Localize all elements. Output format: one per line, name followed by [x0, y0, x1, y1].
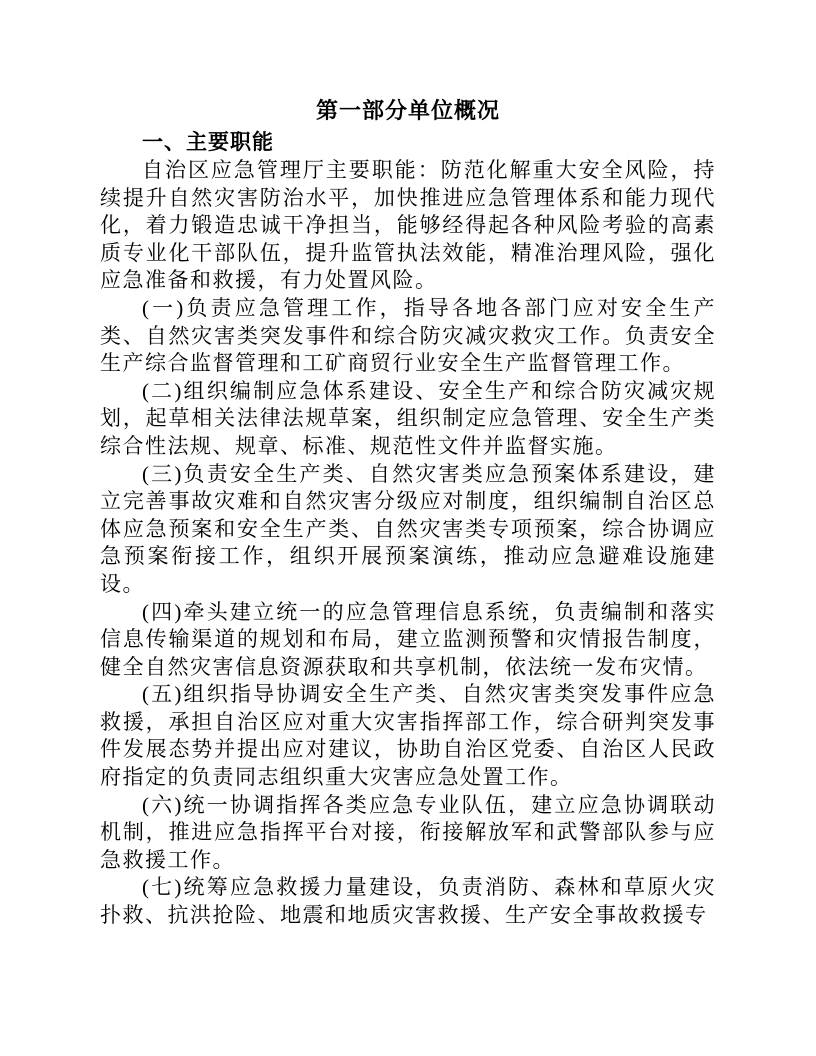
paragraph: (三)负责安全生产类、自然灾害类应急预案体系建设，建立完善事故灾难和自然灾害分级… — [100, 461, 716, 599]
paragraph: (五)组织指导协调安全生产类、自然灾害类突发事件应急救援，承担自治区应对重大灾害… — [100, 681, 716, 791]
paragraph: (七)统筹应急救援力量建设，负责消防、森林和草原火灾扑救、抗洪抢险、地震和地质灾… — [100, 874, 716, 929]
paragraph: 自治区应急管理厅主要职能：防范化解重大安全风险，持续提升自然灾害防治水平，加快推… — [100, 157, 716, 295]
section-heading: 一、主要职能 — [100, 129, 716, 157]
paragraph: (四)牵头建立统一的应急管理信息系统，负责编制和落实信息传输渠道的规划和布局，建… — [100, 599, 716, 682]
document-page: 第一部分单位概况 一、主要职能 自治区应急管理厅主要职能：防范化解重大安全风险，… — [0, 0, 816, 1056]
paragraph: (二)组织编制应急体系建设、安全生产和综合防灾减灾规划，起草相关法律法规草案，组… — [100, 378, 716, 461]
body-paragraphs: 自治区应急管理厅主要职能：防范化解重大安全风险，持续提升自然灾害防治水平，加快推… — [100, 157, 716, 930]
paragraph: (六)统一协调指挥各类应急专业队伍，建立应急协调联动机制，推进应急指挥平台对接，… — [100, 792, 716, 875]
page-title: 第一部分单位概况 — [100, 96, 716, 126]
document-content: 第一部分单位概况 一、主要职能 自治区应急管理厅主要职能：防范化解重大安全风险，… — [100, 96, 716, 930]
paragraph: (一)负责应急管理工作，指导各地各部门应对安全生产类、自然灾害类突发事件和综合防… — [100, 295, 716, 378]
